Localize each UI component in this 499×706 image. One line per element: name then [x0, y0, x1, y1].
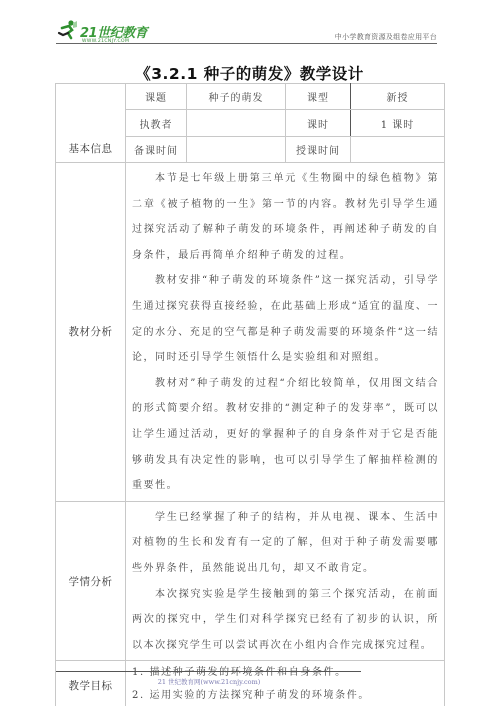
header-divider: [56, 43, 437, 44]
page-title: 《3.2.1 种子的萌发》教学设计: [0, 62, 499, 84]
label-class-hours: 课时: [286, 110, 351, 137]
site-logo: 21世纪教育 WWW.21CNJY.COM: [56, 17, 156, 45]
info-row-topic: 基本信息 课题 种子的萌发 课型 新授: [56, 84, 445, 110]
platform-name: 中小学教育资源及组卷应用平台: [335, 32, 437, 42]
student-paragraph: 本次探究实验是学生接触到的第三个探究活动，在前面两次的探究中，学生们对科学探究已…: [132, 582, 439, 659]
section-label-student-analysis: 学情分析: [56, 501, 126, 661]
value-lesson-type: 新授: [351, 84, 445, 110]
section-label-basic-info: 基本信息: [56, 84, 126, 163]
textbook-paragraph: 教材安排“种子萌发的环境条件”这一探究活动，引导学生通过探究获得直接经验，在此基…: [132, 268, 439, 370]
student-analysis-body: 学生已经掌握了种子的结构，并从电视、课本、生活中对植物的生长和发育有一定的了解，…: [126, 501, 445, 661]
value-prep-time: [187, 137, 286, 163]
value-teach-time: [351, 137, 445, 163]
student-paragraph: 学生已经掌握了种子的结构，并从电视、课本、生活中对植物的生长和发育有一定的了解，…: [132, 505, 439, 582]
value-class-hours: 1 课时: [351, 110, 445, 137]
footer-divider: [56, 671, 361, 672]
lesson-plan-table: 基本信息 课题 种子的萌发 课型 新授 执教者 课时 1 课时 备课时间 授课时…: [55, 83, 445, 706]
section-label-textbook-analysis: 教材分析: [56, 163, 126, 502]
value-teacher: [187, 110, 286, 137]
textbook-analysis-body: 本节是七年级上册第三单元《生物圈中的绿色植物》第二章《被子植物的一生》第一节的内…: [126, 163, 445, 502]
footer-text: 21 世纪教育网(www.21cnjy.com): [0, 677, 418, 686]
label-prep-time: 备课时间: [126, 137, 187, 163]
textbook-paragraph: 本节是七年级上册第三单元《生物圈中的绿色植物》第二章《被子植物的一生》第一节的内…: [132, 166, 439, 268]
goal-item: 2. 运用实验的方法探究种子萌发的环境条件。: [132, 684, 439, 706]
label-teacher: 执教者: [126, 110, 187, 137]
label-lesson-type: 课型: [286, 84, 351, 110]
textbook-analysis-row: 教材分析 本节是七年级上册第三单元《生物圈中的绿色植物》第二章《被子植物的一生》…: [56, 163, 445, 502]
label-teach-time: 授课时间: [286, 137, 351, 163]
textbook-paragraph: 教材对”种子萌发的过程“介绍比较简单，仅用图文结合的形式简要介绍。教材安排的“测…: [132, 371, 439, 499]
student-analysis-row: 学情分析 学生已经掌握了种子的结构，并从电视、课本、生活中对植物的生长和发育有一…: [56, 501, 445, 661]
label-topic: 课题: [126, 84, 187, 110]
value-topic: 种子的萌发: [187, 84, 286, 110]
running-figure-icon: [56, 19, 78, 41]
